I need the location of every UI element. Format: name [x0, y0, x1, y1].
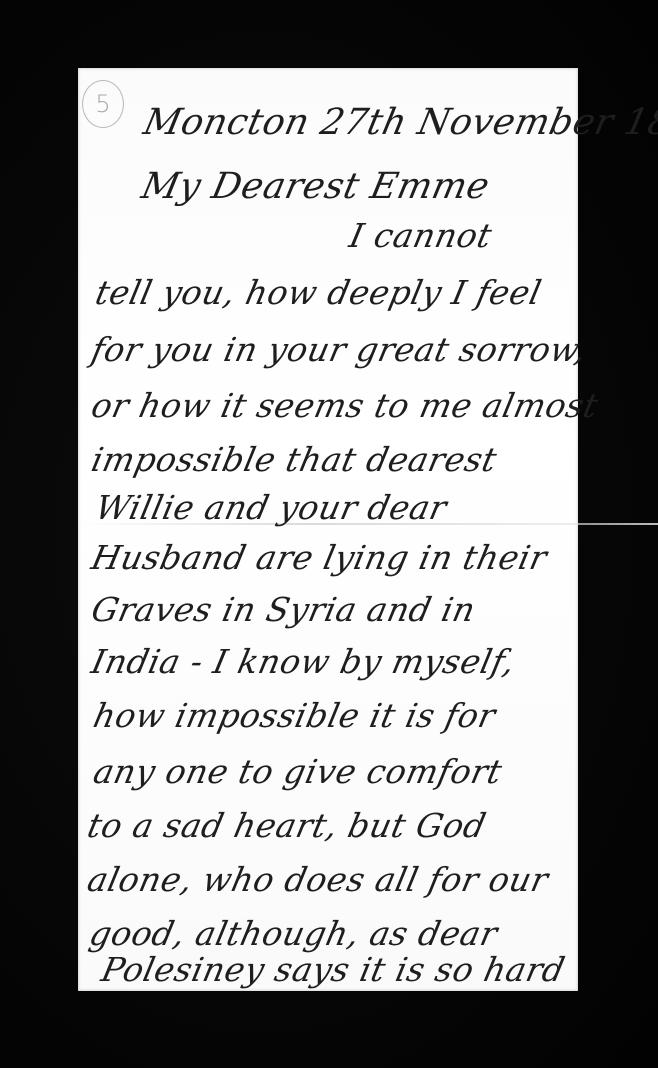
scanned-document: 5 Moncton 27th November 188. My Dearest …: [0, 0, 658, 1068]
letter-line-9: India - I know by myself,: [88, 642, 519, 681]
page-number-circle: 5: [82, 80, 124, 128]
place-date-line: Moncton 27th November 188.: [140, 102, 658, 143]
letter-line-10: how impossible it is for: [90, 696, 499, 735]
letter-line-4: or how it seems to me almost: [88, 386, 602, 425]
letter-page: 5 Moncton 27th November 188. My Dearest …: [78, 68, 578, 991]
letter-line-8: Graves in Syria and in: [88, 590, 479, 629]
letter-line-1: I cannot: [346, 216, 496, 255]
letter-line-2: tell you, how deeply I feel: [92, 273, 545, 312]
letter-line-13: alone, who does all for our: [84, 860, 552, 899]
letter-line-11: any one to give comfort: [90, 752, 506, 791]
letter-line-7: Husband are lying in their: [88, 538, 551, 577]
letter-line-15: Polesiney says it is so hard: [98, 950, 569, 989]
letter-line-14: good, although, as dear: [86, 914, 501, 953]
letter-line-5: impossible that dearest: [88, 440, 501, 479]
letter-line-12: to a sad heart, but God: [84, 806, 490, 845]
letter-line-6: Willie and your dear: [92, 488, 451, 527]
letter-line-3: for you in your great sorrow,: [88, 330, 591, 369]
salutation-line: My Dearest Emme: [138, 166, 493, 207]
